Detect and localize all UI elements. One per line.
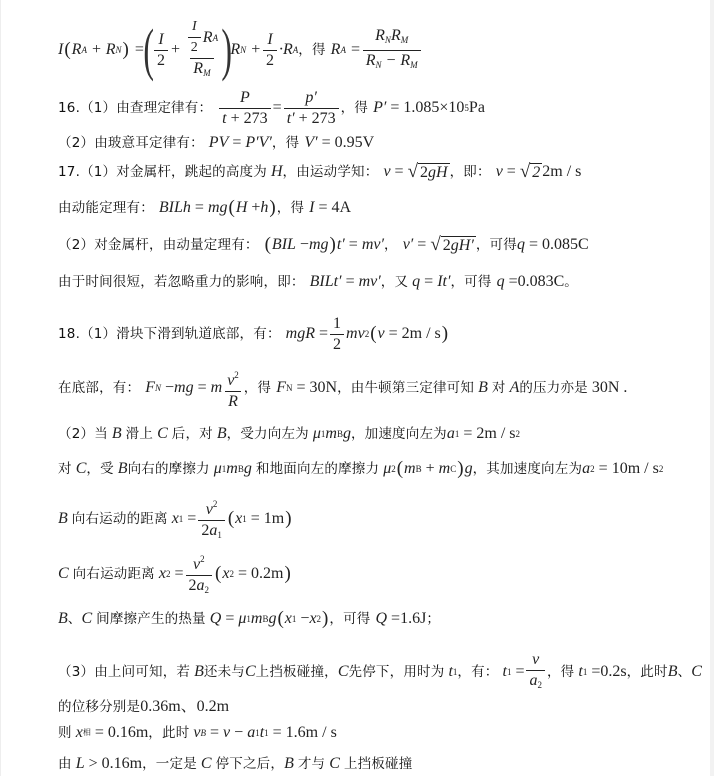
result-charge-1: q = 0.085C xyxy=(517,235,589,255)
connector-text: ，可得 xyxy=(450,272,491,292)
label-text: 的压力亦是 xyxy=(519,378,588,398)
question-18-normal-force: 在底部，有： FN −mg = mv2R ，得 FN = 30N ，由牛顿第三定… xyxy=(58,368,627,408)
label-text: （2）当 xyxy=(58,424,108,444)
formula-length: L > 0.16m xyxy=(72,754,142,774)
label-text: 由动能定理有： xyxy=(58,198,154,218)
label-text: ，此时 xyxy=(148,723,189,743)
label-text: 停下之后， xyxy=(216,754,285,774)
label-text: ，由运动学知： xyxy=(283,162,379,182)
result-accel-1: a1 = 2m / s2 xyxy=(447,424,520,444)
var-C: C xyxy=(325,754,344,774)
question-18-conclusion: 由 L > 0.16m ，一定是 C 停下之后， B 才与 C 上挡板碰撞 xyxy=(58,754,412,774)
result-current: I = 4A xyxy=(309,198,351,218)
result-normal-force: FN = 30N xyxy=(276,378,337,398)
question-18-part3: （3）由上问可知，若 B 还未与 C 上挡板碰撞， C 先停下，用时为 t1 ，… xyxy=(58,652,702,692)
label-text: （3）由上问可知，若 xyxy=(58,662,190,682)
formula-friction-b: μ1mBg xyxy=(309,424,351,444)
comma-text: ， xyxy=(384,235,398,255)
label-text: ，受力向左为 xyxy=(227,424,309,444)
label-text: 由于时间很短，若忽略重力的影响，即： xyxy=(58,272,305,292)
question-16-part2: （2）由玻意耳定律有： PV = P′V′ ，得 V′ = 0.95V xyxy=(58,133,374,153)
formula-time: t1 =va2 xyxy=(499,651,547,694)
label-text: 则 xyxy=(58,723,72,743)
formula-boyle: PV = P′V′ xyxy=(209,133,272,153)
result-pressure-force: 30N . xyxy=(588,378,628,398)
period-text: 。 xyxy=(564,272,578,292)
label-text: 才与 xyxy=(298,754,325,774)
formula-charles: Pt + 273 = p′t′ + 273 xyxy=(217,89,341,128)
label-text: ，其加速度向左为 xyxy=(473,459,583,479)
formula-heat: Q = μ1mBg(x1 −x2) xyxy=(206,609,330,629)
label-text: ，加速度向左为 xyxy=(351,424,447,444)
var-t1: t1 xyxy=(444,662,457,682)
result-time: t1 =0.2s xyxy=(574,662,626,682)
page-scrollbar-edge xyxy=(710,0,714,776)
formula-relative-displacement: x相 = 0.16m xyxy=(72,723,149,743)
var-C: C xyxy=(245,662,256,682)
label-text: 、 xyxy=(678,662,692,682)
var-C: C xyxy=(153,424,172,444)
var-B: B xyxy=(474,378,492,398)
formula-ra-rhs: RN +I2·RA xyxy=(230,31,298,70)
formula-energy: BILh = mg(H +h) xyxy=(159,198,277,218)
label-text: 16.（1）由查理定律有： xyxy=(58,98,212,118)
equation-ra: I(RA + RN) = ( I2+ I2RARM ) RN +I2·RA ，得… xyxy=(58,22,423,78)
label-text: 向右运动的距离 xyxy=(72,509,168,529)
label-text: 上挡板碰撞 xyxy=(344,754,413,774)
result-heat: Q =1.6J xyxy=(375,609,426,629)
formula-normal-force: FN −mg = mv2R xyxy=(145,366,244,411)
label-text: 还未与 xyxy=(204,662,245,682)
formula-distance-c: x2 =v22a2(x2 = 0.2m) xyxy=(155,550,292,599)
connector-text: ，又 xyxy=(381,272,408,292)
var-B: B xyxy=(58,609,68,629)
var-B: B xyxy=(213,424,227,444)
label-text: 间摩擦产生的热量 xyxy=(96,609,206,629)
var-B: B xyxy=(284,754,298,774)
label-text: 和地面向左的摩擦力 xyxy=(256,459,379,479)
formula-momentum: (BIL −mg)t′ = mv′ xyxy=(264,235,384,255)
question-18-distance-c: C 向右运动距离 x2 =v22a2(x2 = 0.2m) xyxy=(58,553,292,595)
label-text: ，此时 xyxy=(627,662,668,682)
label-text: ，一定是 xyxy=(142,754,197,774)
connector-text: ，得 xyxy=(272,133,299,153)
var-H: H xyxy=(267,162,283,182)
label-text: 17.（1）对金属杆，跳起的高度为 xyxy=(58,162,267,182)
label-text: ，受 xyxy=(86,459,113,479)
connector-text: ，得 xyxy=(341,98,368,118)
var-B: B xyxy=(114,459,128,479)
var-C: C xyxy=(197,754,216,774)
formula-energy-slide: mgR =12mv2(v = 2m / s) xyxy=(286,315,449,354)
formula-friction-ground: μ2(mB + mC)g xyxy=(379,459,472,479)
right-big-paren: ) xyxy=(221,21,232,79)
formula-velocity-prime: v′ = √2gH′ xyxy=(403,235,476,255)
formula-distance-b: x1 =v22a1(x1 = 1m) xyxy=(168,495,293,544)
connector-text: ，得 xyxy=(277,198,304,218)
question-17-part2-approx: 由于时间很短，若忽略重力的影响，即： BILt′ = mv′ ，又 q = It… xyxy=(58,272,578,292)
label-text: 滑上 xyxy=(126,424,153,444)
question-17-energy: 由动能定理有： BILh = mg(H +h) ，得 I = 4A xyxy=(58,198,351,218)
question-18-part2: （2）当 B 滑上 C 后，对 B ，受力向左为 μ1mBg ，加速度向左为 a… xyxy=(58,424,520,444)
question-18-heat: B 、 C 间摩擦产生的热量 Q = μ1mBg(x1 −x2) ，可得 Q =… xyxy=(58,609,440,629)
formula-ra-inner: I2+ I2RARM xyxy=(152,18,223,82)
question-18-displacement: 的位移分别是 0.36m、0.2m xyxy=(58,697,229,717)
label-text: 、 xyxy=(68,609,82,629)
var-C: C xyxy=(691,662,702,682)
label-text: 对 xyxy=(492,378,506,398)
result-accel-2: a2 = 10m / s2 xyxy=(582,459,663,479)
label-text: 后，对 xyxy=(172,424,213,444)
connector-text: ，即： xyxy=(450,162,491,182)
var-C: C xyxy=(72,459,87,479)
label-text: ； xyxy=(426,609,440,629)
connector-text: ，可得 xyxy=(329,609,370,629)
var-C: C xyxy=(58,564,73,584)
var-B: B xyxy=(58,509,72,529)
label-text: 对 xyxy=(58,459,72,479)
var-B: B xyxy=(190,662,204,682)
question-18-part1: 18.（1）滑块下滑到轨道底部，有： mgR =12mv2(v = 2m / s… xyxy=(58,314,449,354)
label-text: 上挡板碰撞， xyxy=(256,662,338,682)
connector-text: ，可得 xyxy=(476,235,517,255)
formula-impulse: BILt′ = mv′ xyxy=(310,272,381,292)
formula-ra-result: RA =RNRMRN − RM xyxy=(331,27,423,74)
result-velocity: v = √22m / s xyxy=(496,162,582,182)
label-text: （2）由玻意耳定律有： xyxy=(58,133,204,153)
label-text: 18.（1）滑块下滑到轨道底部，有： xyxy=(58,324,281,344)
question-17-part2: （2）对金属杆，由动量定理有： (BIL −mg)t′ = mv′ ， v′ =… xyxy=(58,235,589,255)
label-text: 在底部，有： xyxy=(58,378,140,398)
page-left-edge xyxy=(0,0,1,776)
label-text: 向右的摩擦力 xyxy=(128,459,210,479)
question-16-part1: 16.（1）由查理定律有： Pt + 273 = p′t′ + 273 ，得 P… xyxy=(58,88,485,128)
formula-charge: q = It′ xyxy=(408,272,450,292)
label-text: 由 xyxy=(58,754,72,774)
label-text: 先停下，用时为 xyxy=(349,662,445,682)
connector-text: ，得 xyxy=(244,378,271,398)
result-charge-2: q =0.083C xyxy=(497,272,565,292)
var-B: B xyxy=(108,424,126,444)
question-17-part1: 17.（1）对金属杆，跳起的高度为 H ，由运动学知： v = √2gH ，即：… xyxy=(58,162,581,182)
formula-ra-lhs: I(RA + RN) = xyxy=(58,40,145,60)
var-C: C xyxy=(81,609,96,629)
result-pressure: P′ = 1.085×105Pa xyxy=(373,98,485,118)
label-text: ，有： xyxy=(457,662,498,682)
label-text: （2）对金属杆，由动量定理有： xyxy=(58,235,259,255)
var-C: C xyxy=(338,662,349,682)
question-18-relative: 则 x相 = 0.16m ，此时 vB = v − a1t1 = 1.6m / … xyxy=(58,723,337,743)
formula-friction-b: μ1mBg xyxy=(210,459,256,479)
left-big-paren: ( xyxy=(143,21,154,79)
connector-text: ，得 xyxy=(547,662,574,682)
formula-velocity: v = √2gH xyxy=(383,162,449,182)
var-B: B xyxy=(668,662,678,682)
question-18-distance-b: B 向右运动的距离 x1 =v22a1(x1 = 1m) xyxy=(58,498,293,540)
question-18-force-c: 对 C ，受 B 向右的摩擦力 μ1mBg 和地面向左的摩擦力 μ2(mB + … xyxy=(58,459,663,479)
formula-velocity-b: vB = v − a1t1 = 1.6m / s xyxy=(189,723,336,743)
result-volume: V′ = 0.95V xyxy=(304,133,374,153)
label-text: ，由牛顿第三定律可知 xyxy=(337,378,474,398)
label-text: 的位移分别是 xyxy=(58,697,140,717)
label-text: 向右运动距离 xyxy=(73,564,155,584)
connector-text: ，得 xyxy=(298,40,325,60)
var-A: A xyxy=(506,378,520,398)
result-displacement: 0.36m、0.2m xyxy=(140,697,229,717)
